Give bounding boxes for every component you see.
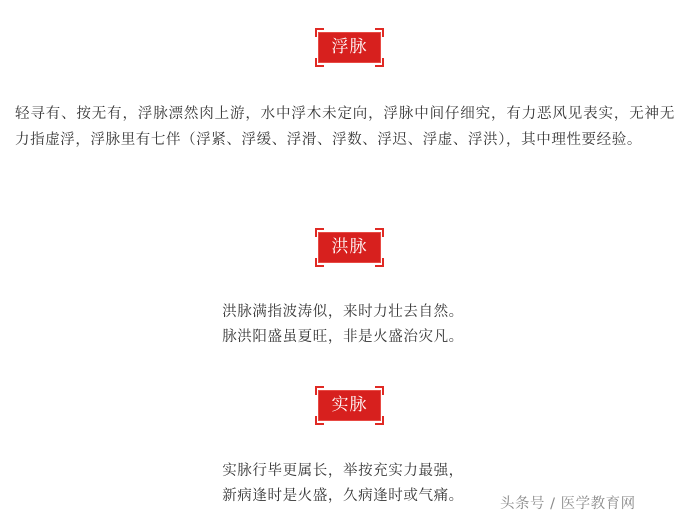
- verse-line: 脉洪阳盛虽夏旺，非是火盛治灾凡。: [0, 325, 686, 350]
- section-title-hongmai: 洪脉: [315, 228, 384, 267]
- section-badge: 浮脉: [318, 32, 381, 63]
- section-title-fumai: 浮脉: [315, 28, 384, 67]
- section-badge: 洪脉: [318, 232, 381, 263]
- fumai-paragraph: 轻寻有、按无有，浮脉漂然肉上游，水中浮木未定向，浮脉中间仔细究，有力恶风见表实，…: [15, 102, 675, 153]
- hongmai-verse: 洪脉满指波涛似，来时力壮去自然。 脉洪阳盛虽夏旺，非是火盛治灾凡。: [0, 300, 686, 350]
- watermark: 头条号 / 医学教育网: [500, 492, 636, 513]
- section-title-shimai: 实脉: [315, 386, 384, 425]
- verse-line: 实脉行毕更属长，举按充实力最强，: [0, 459, 686, 484]
- section-badge: 实脉: [318, 390, 381, 421]
- verse-line: 洪脉满指波涛似，来时力壮去自然。: [0, 300, 686, 325]
